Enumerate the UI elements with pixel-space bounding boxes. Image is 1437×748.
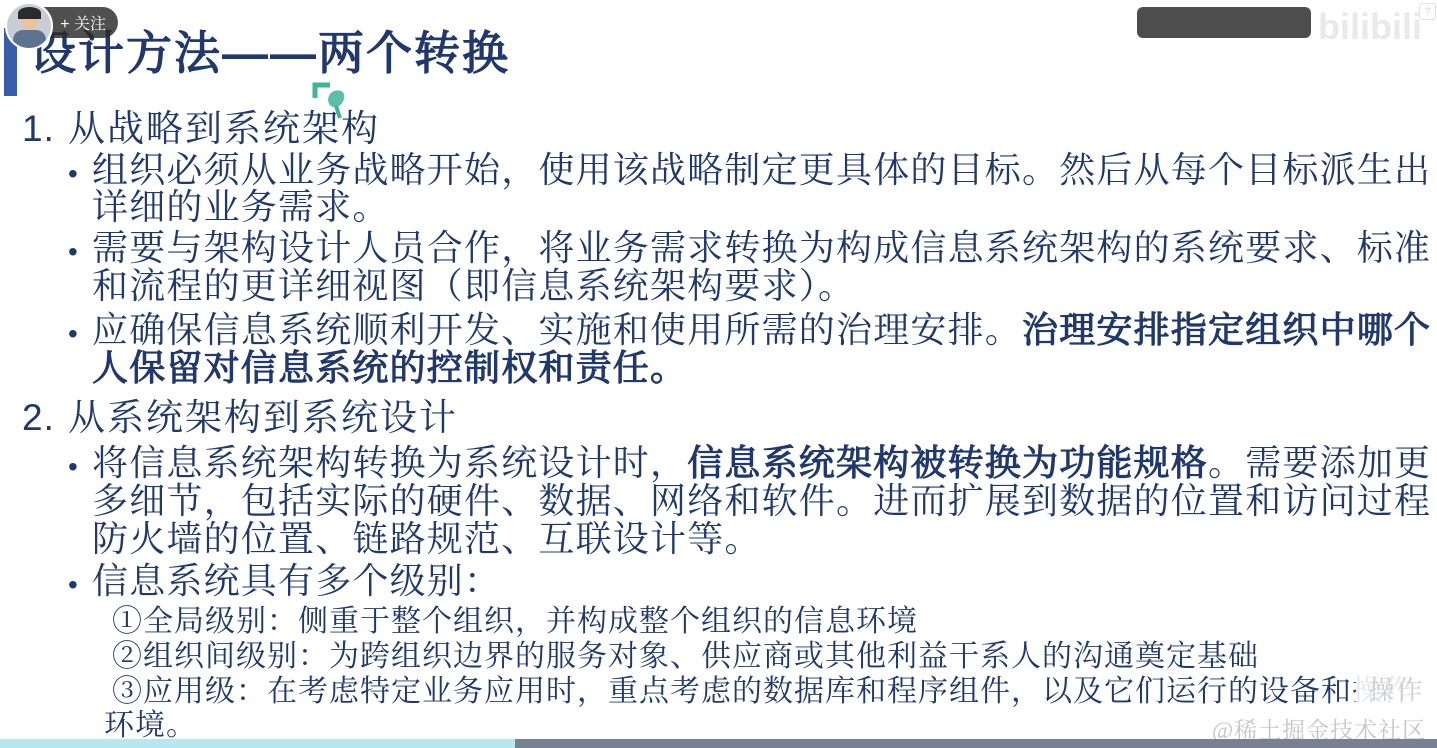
s2-sublevel-2: ②组织间级别：为跨组织边界的服务对象、供应商或其他利益干系人的沟通奠定基础 [112, 642, 1259, 672]
s2-sublevel-1: ①全局级别：侧重于整个组织，并构成整个组织的信息环境 [112, 607, 918, 637]
s2-bullet1-line3: 防火墙的位置、链路规范、互联设计等。 [92, 521, 762, 557]
danmaku-overlay-bar[interactable] [1137, 7, 1311, 38]
s1-bullet3-line1: 应确保信息系统顺利开发、实施和使用所需的治理安排。治理安排指定组织中哪个 [92, 312, 1431, 348]
s1-bullet3-line1-bold: 治理安排指定组织中哪个 [1022, 309, 1431, 350]
bullet-icon: • [68, 569, 78, 601]
bullet-icon: • [68, 318, 78, 350]
bottom-strip-gray-segment[interactable] [515, 739, 1437, 748]
bilibili-logo-watermark: bilibili [1318, 6, 1422, 48]
avatar-hair-shape [18, 7, 41, 19]
s1-bullet1-line1: 组织必须从业务战略开始，使用该战略制定更具体的目标。然后从每个目标派生出 [92, 152, 1431, 188]
s2-bullet1-line1: 将信息系统架构转换为系统设计时，信息系统架构被转换为功能规格。需要添加更 [92, 445, 1431, 481]
s2-sublevel-3-line1: ③应用级：在考虑特定业务应用时，重点考虑的数据库和程序组件，以及它们运行的设备和… [112, 677, 1414, 707]
follow-button-label: + 关注 [60, 11, 106, 34]
help-badge-icon[interactable]: ? [1419, 3, 1436, 20]
video-frame: 设计方法——两个转换 1. 从战略到系统架构 • 组织必须从业务战略开始，使用该… [0, 0, 1437, 748]
s2-bullet1-line1-tail: 。需要添加更 [1208, 442, 1431, 483]
bullet-icon: • [68, 158, 78, 190]
s2-bullet1-line1-normal: 将信息系统架构转换为系统设计时， [92, 442, 687, 483]
avatar-body-shape [13, 30, 46, 50]
section2-number: 2. [22, 399, 55, 436]
s2-bullet1-line2: 多细节，包括实际的硬件、数据、网络和软件。进而扩展到数据的位置和访问过程 [92, 483, 1431, 519]
bullet-icon: • [68, 451, 78, 483]
s2-bullet1-line1-bold: 信息系统架构被转换为功能规格 [687, 442, 1208, 483]
s1-bullet3-line1-normal: 应确保信息系统顺利开发、实施和使用所需的治理安排。 [92, 309, 1022, 350]
s1-bullet1-line2: 详细的业务需求。 [92, 189, 390, 225]
action-overlay-box: 操作 [1356, 656, 1437, 720]
uploader-avatar[interactable] [5, 2, 53, 50]
s1-bullet2-line1: 需要与架构设计人员合作，将业务需求转换为构成信息系统架构的系统要求、标准 [92, 230, 1431, 266]
s1-bullet3-line2: 人保留对信息系统的控制权和责任。 [92, 350, 687, 386]
s2-bullet2-line1: 信息系统具有多个级别： [92, 563, 501, 599]
section1-number: 1. [22, 110, 55, 147]
s1-bullet2-line2: 和流程的更详细视图（即信息系统架构要求）。 [92, 268, 855, 304]
bullet-icon: • [68, 236, 78, 268]
bottom-strip-cyan-segment[interactable] [0, 739, 515, 748]
section2-heading: 从系统架构到系统设计 [68, 399, 458, 436]
s2-sublevel-3-line2: 环境。 [104, 711, 197, 741]
section1-heading: 从战略到系统架构 [68, 110, 380, 147]
action-overlay-label: 操作 [1368, 670, 1424, 707]
